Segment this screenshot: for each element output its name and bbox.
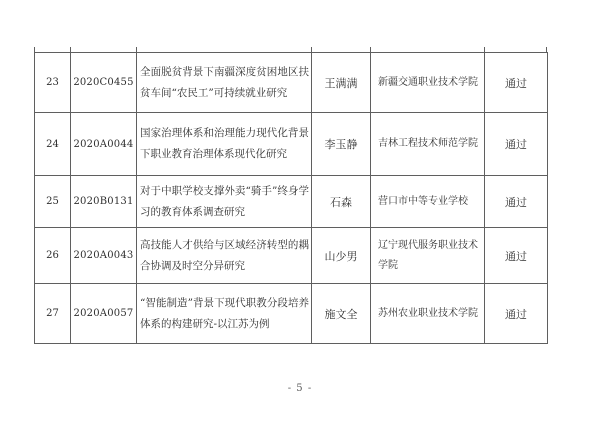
cell-institution: 新疆交通职业技术学院	[371, 53, 485, 113]
cell-status: 通过	[485, 113, 548, 176]
cell-institution: 吉林工程技术师范学院	[371, 113, 485, 176]
cell-institution: 辽宁现代服务职业技术学院	[371, 228, 485, 284]
cell-institution: 营口市中等专业学校	[371, 176, 485, 228]
page-number: - 5 -	[0, 383, 600, 394]
cell-status: 通过	[485, 228, 548, 284]
table-row: 23 2020C0455 全面脱贫背景下南疆深度贫困地区扶贫车间“农民工”可持续…	[35, 53, 548, 113]
cell-project-title: 国家治理体系和治理能力现代化背景下职业教育治理体系现代化研究	[137, 113, 312, 176]
cell-project-title: 对于中职学校支撑外卖“骑手”终身学习的教育体系调查研究	[137, 176, 312, 228]
table-row: 25 2020B0131 对于中职学校支撑外卖“骑手”终身学习的教育体系调查研究…	[35, 176, 548, 228]
cell-project-title: 全面脱贫背景下南疆深度贫困地区扶贫车间“农民工”可持续就业研究	[137, 53, 312, 113]
cell-row-number: 25	[35, 176, 71, 228]
project-approval-table: 23 2020C0455 全面脱贫背景下南疆深度贫困地区扶贫车间“农民工”可持续…	[34, 52, 548, 344]
cell-leader-name: 李玉静	[312, 113, 371, 176]
cell-row-number: 23	[35, 53, 71, 113]
cell-project-title: 高技能人才供给与区域经济转型的耦合协调及时空分异研究	[137, 228, 312, 284]
table-row: 27 2020A0057 “智能制造”背景下现代职教分段培养体系的构建研究-以江…	[35, 284, 548, 344]
cell-status: 通过	[485, 284, 548, 344]
cell-leader-name: 王满满	[312, 53, 371, 113]
cell-row-number: 27	[35, 284, 71, 344]
cell-status: 通过	[485, 176, 548, 228]
table-row: 26 2020A0043 高技能人才供给与区域经济转型的耦合协调及时空分异研究 …	[35, 228, 548, 284]
cell-project-code: 2020B0131	[71, 176, 137, 228]
table-body: 23 2020C0455 全面脱贫背景下南疆深度贫困地区扶贫车间“农民工”可持续…	[35, 53, 548, 344]
cell-row-number: 26	[35, 228, 71, 284]
table-row: 24 2020A0044 国家治理体系和治理能力现代化背景下职业教育治理体系现代…	[35, 113, 548, 176]
cell-leader-name: 施文全	[312, 284, 371, 344]
cell-leader-name: 石森	[312, 176, 371, 228]
cell-project-code: 2020A0043	[71, 228, 137, 284]
cell-institution: 苏州农业职业技术学院	[371, 284, 485, 344]
document-page: 23 2020C0455 全面脱贫背景下南疆深度贫困地区扶贫车间“农民工”可持续…	[0, 0, 600, 424]
cell-status: 通过	[485, 53, 548, 113]
cell-project-code: 2020A0044	[71, 113, 137, 176]
cell-project-title: “智能制造”背景下现代职教分段培养体系的构建研究-以江苏为例	[137, 284, 312, 344]
cell-leader-name: 山少男	[312, 228, 371, 284]
cell-project-code: 2020C0455	[71, 53, 137, 113]
cell-row-number: 24	[35, 113, 71, 176]
cell-project-code: 2020A0057	[71, 284, 137, 344]
